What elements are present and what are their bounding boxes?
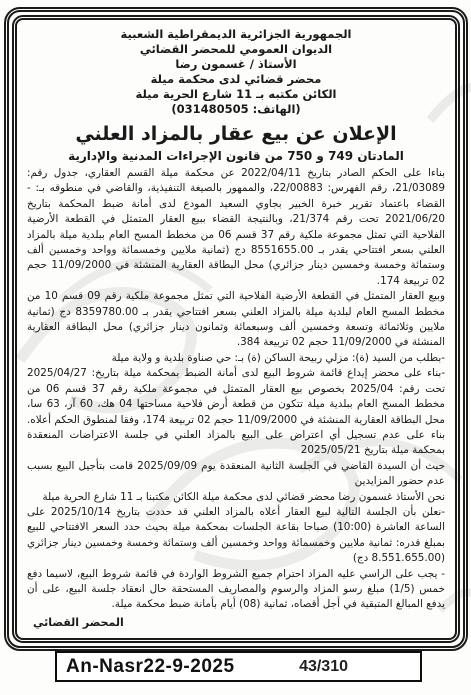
newspaper-footer-box: An-Nasr22-9-2025 43/310 (55, 651, 422, 682)
paragraph-conditions-deposit: -بناء على محضر إيداع قائمة شروط البيع لد… (27, 366, 445, 428)
notice-body: بناءا على الحكم الصادر بتاريخ 2022/04/11… (27, 166, 445, 613)
document-header: الجمهورية الجزائرية الديمقراطية الشعبية … (27, 27, 445, 117)
page-number: 43/310 (299, 658, 348, 676)
outer-border-frame: الجمهورية الجزائرية الديمقراطية الشعبية … (4, 7, 468, 651)
inner-border-frame: الجمهورية الجزائرية الديمقراطية الشعبية … (12, 15, 460, 643)
paragraph-requester: -بطلب من السيد (ة): مزلي ربيحة الساكن (ة… (27, 351, 445, 366)
paragraph-no-objection: بناء على عدم تسجيل أي اعتراض على البيع ب… (27, 428, 445, 459)
paragraph-postponement: حيث أن السيدة القاضي في الجلسة الثانية ا… (27, 459, 445, 490)
paragraph-judgment: بناءا على الحكم الصادر بتاريخ 2022/04/11… (27, 166, 445, 289)
paragraph-next-session: -نعلن بأن الجلسة التالية لبيع العقار أعل… (27, 505, 445, 567)
header-bailiff-role: محضر قضائي لدى محكمة ميلة (27, 72, 445, 87)
legal-articles-subtitle: المادتان 749 و 750 من قانون الإجراءات ال… (27, 148, 445, 164)
paragraph-payment-terms: - يجب على الراسي عليه المزاد احترام جميع… (27, 567, 445, 613)
page-title: الإعلان عن بيع عقار بالمزاد العلني (27, 122, 445, 146)
bailiff-signature: المحضر القضائي (27, 613, 445, 629)
header-phone: (الهاتف: 031480505) (27, 102, 445, 117)
scanned-auction-notice: الجمهورية الجزائرية الديمقراطية الشعبية … (0, 0, 471, 695)
paragraph-second-parcel: وبيع العقار المتمثل في القطعة الأرضية ال… (27, 289, 445, 351)
header-republic-line: الجمهورية الجزائرية الديمقراطية الشعبية (27, 27, 445, 42)
paragraph-bailiff-declaration: نحن الأستاذ غسمون رضا محضر قضائي لدى محك… (27, 490, 445, 505)
header-bailiff-name: الأستاذ / غسمون رضا (27, 57, 445, 72)
header-office-line: الديوان العمومي للمحضر القضائي (27, 42, 445, 57)
header-office-address: الكائن مكتبه بـ 11 شارع الحرية ميلة (27, 87, 445, 102)
newspaper-name-date: An-Nasr22-9-2025 (66, 656, 235, 678)
